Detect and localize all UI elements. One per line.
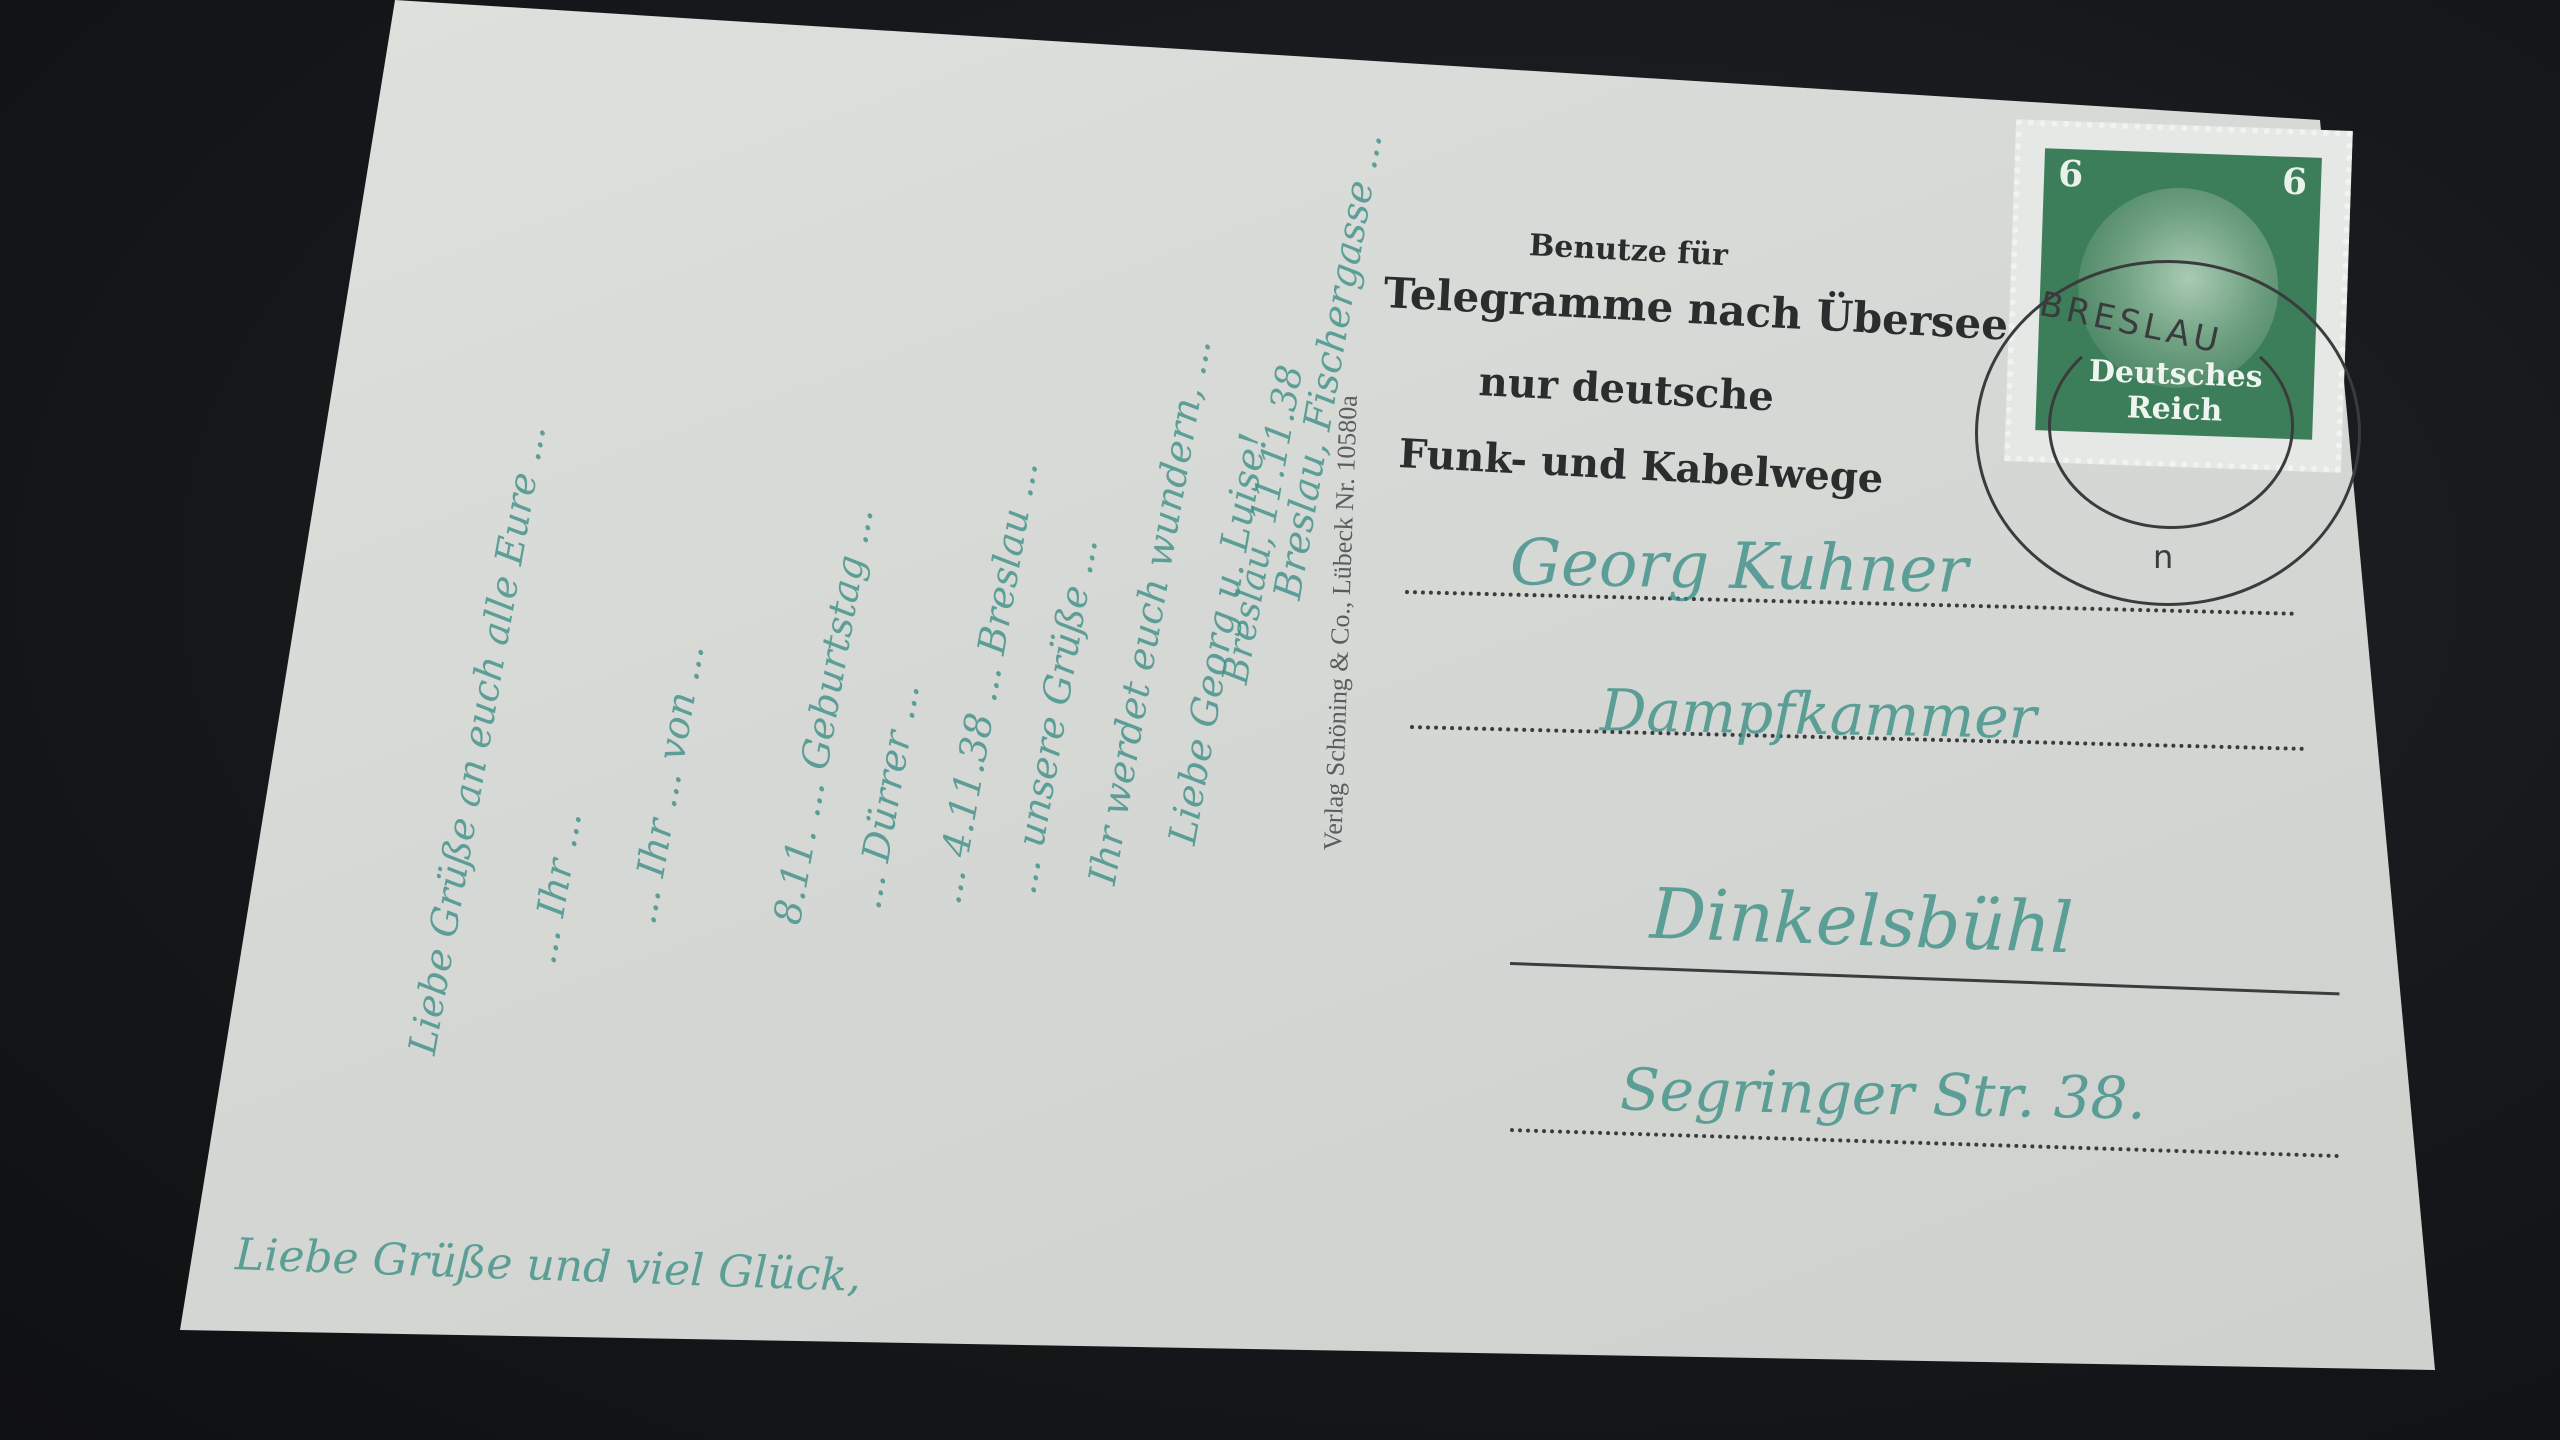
- address-name: Georg Kuhner: [1509, 526, 1968, 608]
- address-street: Segringer Str. 38.: [1619, 1055, 2146, 1132]
- address-line-2: Dampfkammer: [1599, 676, 2037, 752]
- address-city: Dinkelsbühl: [1649, 873, 2075, 970]
- stamp-denomination-right: 6: [2281, 161, 2308, 204]
- postmark-inner-ring: [2048, 323, 2294, 529]
- postmark-letter: n: [2153, 538, 2173, 576]
- postmark: BRESLAU n: [1975, 260, 2361, 606]
- stamp-denomination-left: 6: [2057, 153, 2084, 196]
